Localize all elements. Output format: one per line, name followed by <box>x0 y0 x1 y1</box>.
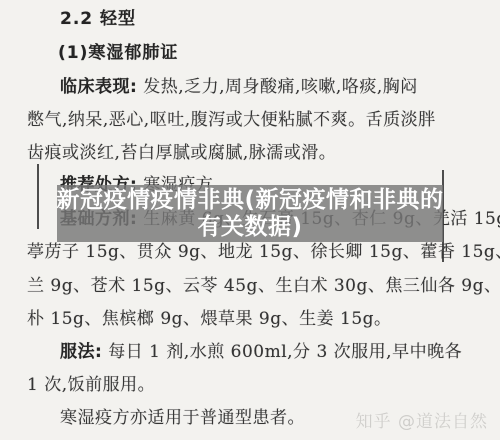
heading-text: 2.2 轻型 <box>60 9 136 29</box>
clinical-signs-label: 临床表现: <box>60 77 137 97</box>
clinical-signs-line-1: 临床表现: 发热,乏力,周身酸痛,咳嗽,咯痰,胸闷 <box>60 78 418 97</box>
dosage-label: 服法: <box>60 342 102 362</box>
base-formula-line-4: 朴 15g、焦槟榔 9g、煨草果 9g、生姜 15g。 <box>27 310 392 329</box>
overlay-title-line-2: 有关数据) <box>197 214 302 241</box>
zhihu-author-watermark: 知乎 @道法自然 <box>356 407 488 432</box>
clinical-signs-line-2: 憋气,纳呆,恶心,呕吐,腹泻或大便粘腻不爽。舌质淡胖 <box>27 111 436 130</box>
dosage-line-1: 服法: 每日 1 剂,水煎 600ml,分 3 次服用,早中晚各 <box>60 343 462 362</box>
subsection-heading: (1)寒湿郁肺证 <box>58 44 178 63</box>
subsection-text: (1)寒湿郁肺证 <box>58 43 178 63</box>
left-vertical-rule <box>37 164 39 229</box>
section-heading: 2.2 轻型 <box>60 10 136 29</box>
applicability-note-line: 寒湿疫方亦适用于普通型患者。 <box>60 409 305 428</box>
dosage-line-2: 1 次,饭前服用。 <box>27 376 155 395</box>
base-formula-line-2: 葶苈子 15g、贯众 9g、地龙 15g、徐长卿 15g、藿香 15g、佩 <box>27 243 500 262</box>
base-formula-line-3: 兰 9g、苍术 15g、云苓 45g、生白术 30g、焦三仙各 9g、厚 <box>27 277 500 296</box>
scanned-document-page: 2.2 轻型 (1)寒湿郁肺证 临床表现: 发热,乏力,周身酸痛,咳嗽,咯痰,胸… <box>0 0 500 440</box>
overlay-title-line-1: 新冠疫情疫情非典(新冠疫情和非典的 <box>57 187 444 214</box>
clinical-signs-line-3: 齿痕或淡红,苔白厚腻或腐腻,脉濡或滑。 <box>27 144 336 163</box>
title-overlay-banner: 新冠疫情疫情非典(新冠疫情和非典的 有关数据) <box>57 185 443 242</box>
